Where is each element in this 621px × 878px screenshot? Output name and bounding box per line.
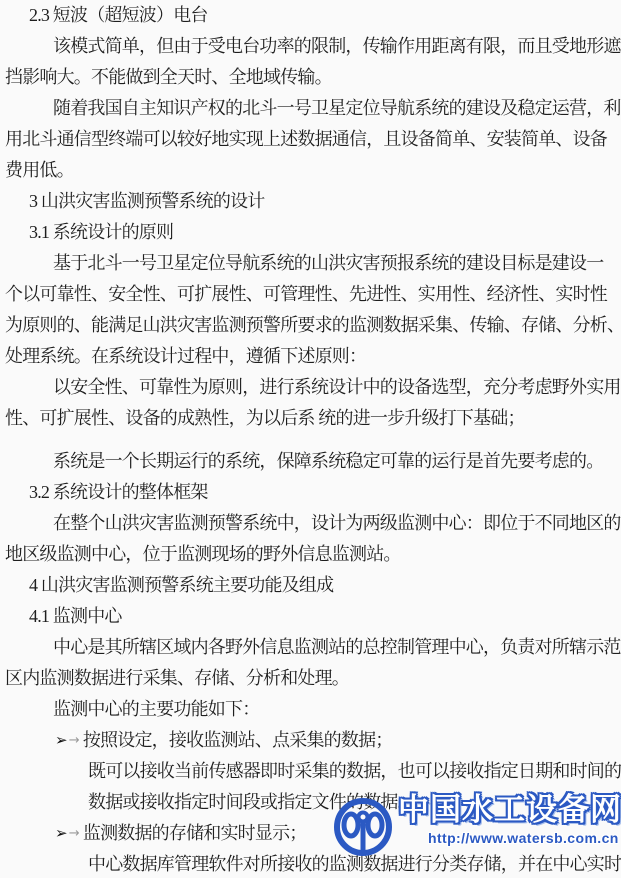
text-line: 该模式简单，但由于受电台功率的限制，传输作用距离有限，而且受地形遮 bbox=[0, 31, 621, 62]
text-line: 区内监测数据进行采集、存储、分析和处理。 bbox=[0, 663, 621, 694]
text-line: 处理系统。在系统设计过程中，遵循下述原则： bbox=[0, 341, 621, 372]
watermark-url: http://www.watersb.com.cn bbox=[428, 830, 621, 846]
watersb-logo-icon bbox=[333, 796, 393, 867]
text-line: 中心是其所辖区域内各野外信息监测站的总控制管理中心，负责对所辖示范 bbox=[0, 632, 621, 663]
text-line: 随着我国自主知识产权的北斗一号卫星定位导航系统的建设及稳定运营，利 bbox=[0, 93, 621, 124]
text-line: 挡影响大。不能做到全天时、全地域传输。 bbox=[0, 62, 621, 93]
tab-arrow-icon: → bbox=[69, 818, 79, 849]
text-line: 系统是一个长期运行的系统，保障系统稳定可靠的运行是首先要考虑的。 bbox=[0, 446, 621, 477]
text-line: 监测中心的主要功能如下： bbox=[0, 694, 621, 725]
text-line: 性、可扩展性、设备的成熟性，为以后系 统的进一步升级打下基础； bbox=[0, 403, 621, 434]
arrow-bullet-icon: ➢ bbox=[55, 818, 67, 849]
text-line: 在整个山洪灾害监测预警系统中，设计为两级监测中心：即位于不同地区的 bbox=[0, 508, 621, 539]
section-heading: 3 山洪灾害监测预警系统的设计 bbox=[0, 186, 621, 217]
section-heading: 4 山洪灾害监测预警系统主要功能及组成 bbox=[0, 570, 621, 601]
text-line: 基于北斗一号卫星定位导航系统的山洪灾害预报系统的建设目标是建设一 bbox=[0, 248, 621, 279]
text-line: 为原则的、能满足山洪灾害监测预警所要求的监测数据采集、传输、存储、分析、 bbox=[0, 310, 621, 341]
bullet-text: 按照设定，接收监测站、点采集的数据； bbox=[83, 725, 393, 756]
document-body: 2.3 短波（超短波）电台该模式简单，但由于受电台功率的限制，传输作用距离有限，… bbox=[0, 0, 621, 878]
watermark: 中国水工设备网 http://www.watersb.com.cn bbox=[333, 792, 621, 867]
watermark-text-column: 中国水工设备网 http://www.watersb.com.cn bbox=[398, 792, 621, 846]
arrow-bullet-icon: ➢ bbox=[55, 725, 67, 756]
text-line: 费用低。 bbox=[0, 155, 621, 186]
text-line: 用北斗通信型终端可以较好地实现上述数据通信，且设备简单、安装简单、设备 bbox=[0, 124, 621, 155]
bullet-item: ➢→按照设定，接收监测站、点采集的数据； bbox=[0, 725, 621, 756]
section-heading: 2.3 短波（超短波）电台 bbox=[0, 0, 621, 31]
tab-arrow-icon: → bbox=[69, 725, 79, 756]
watermark-site-name: 中国水工设备网 bbox=[398, 792, 621, 828]
bullet-text: 监测数据的存储和实时显示； bbox=[83, 818, 307, 849]
text-line: 既可以接收当前传感器即时采集的数据，也可以接收指定日期和时间的 bbox=[0, 756, 621, 787]
section-heading: 3.2 系统设计的整体框架 bbox=[0, 477, 621, 508]
text-line: 个以可靠性、安全性、可扩展性、可管理性、先进性、实用性、经济性、实时性 bbox=[0, 279, 621, 310]
text-line: 地区级监测中心，位于监测现场的野外信息监测站。 bbox=[0, 539, 621, 570]
section-heading: 3.1 系统设计的原则 bbox=[0, 217, 621, 248]
section-heading: 4.1 监测中心 bbox=[0, 601, 621, 632]
text-line: 以安全性、可靠性为原则，进行系统设计中的设备选型，充分考虑野外实用 bbox=[0, 372, 621, 403]
